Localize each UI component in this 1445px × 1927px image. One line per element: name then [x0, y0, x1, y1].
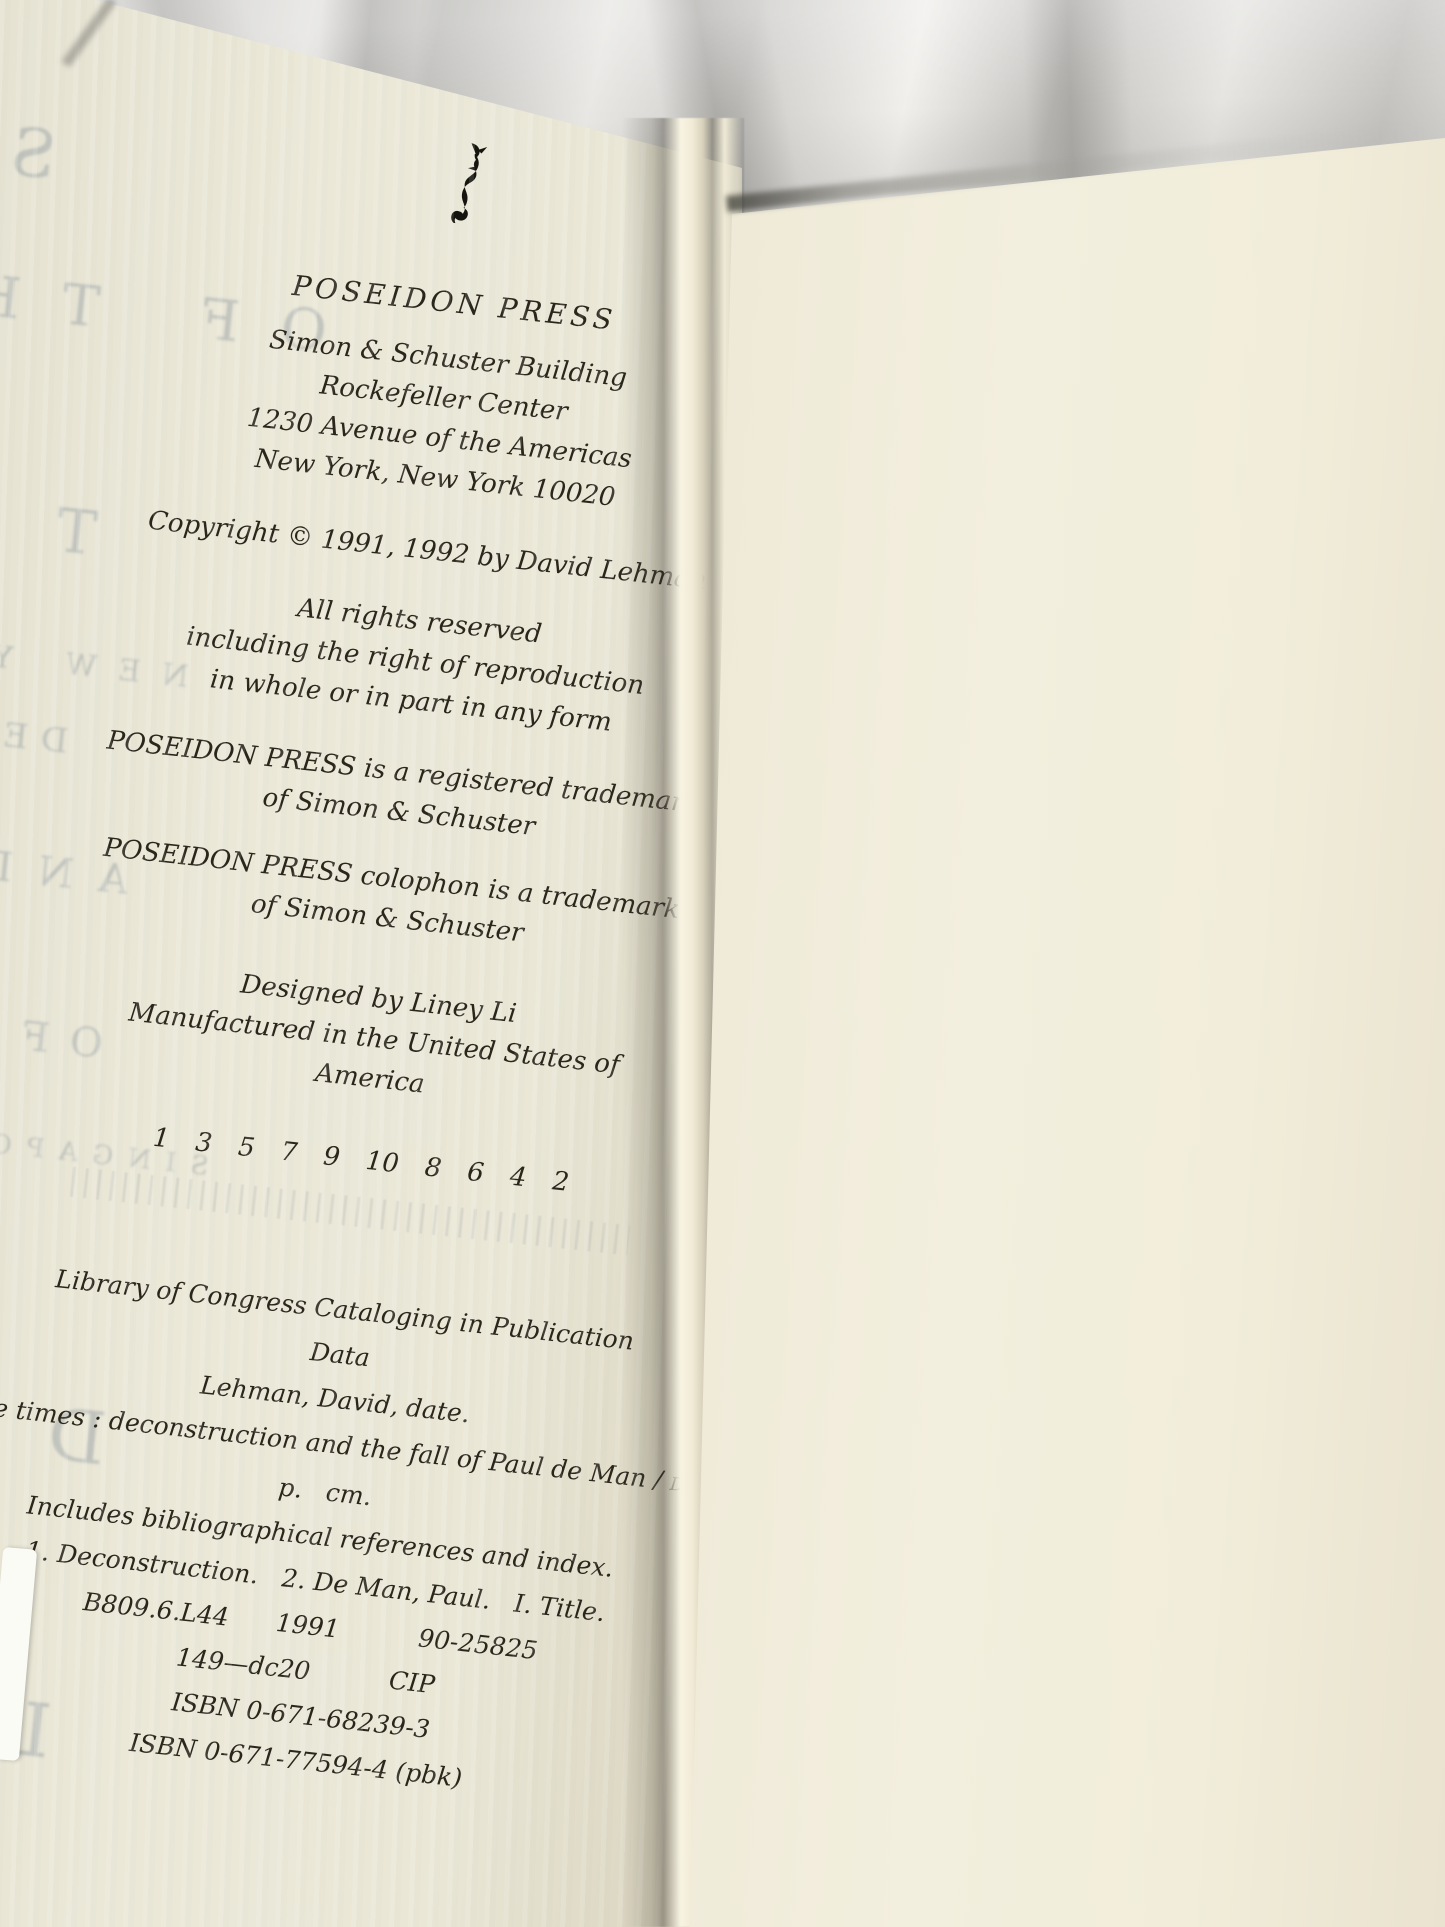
right-page-acknowledgments: ACKNOWLEDGMENTS Gilbert, John Gordon, Na…: [660, 0, 1445, 1927]
cip-block: Library of Congress Cataloging in Public…: [0, 1255, 645, 1815]
printing-number-line: 1 3 5 7 9 10 8 6 4 2: [61, 1108, 662, 1213]
design-credits: Designed by Liney Li Manufactured in the…: [69, 947, 678, 1131]
ghost-title-times: TIMES: [0, 446, 100, 570]
seahorse-icon: [441, 138, 494, 226]
ghost-title-signs: SIGNS: [0, 48, 60, 194]
